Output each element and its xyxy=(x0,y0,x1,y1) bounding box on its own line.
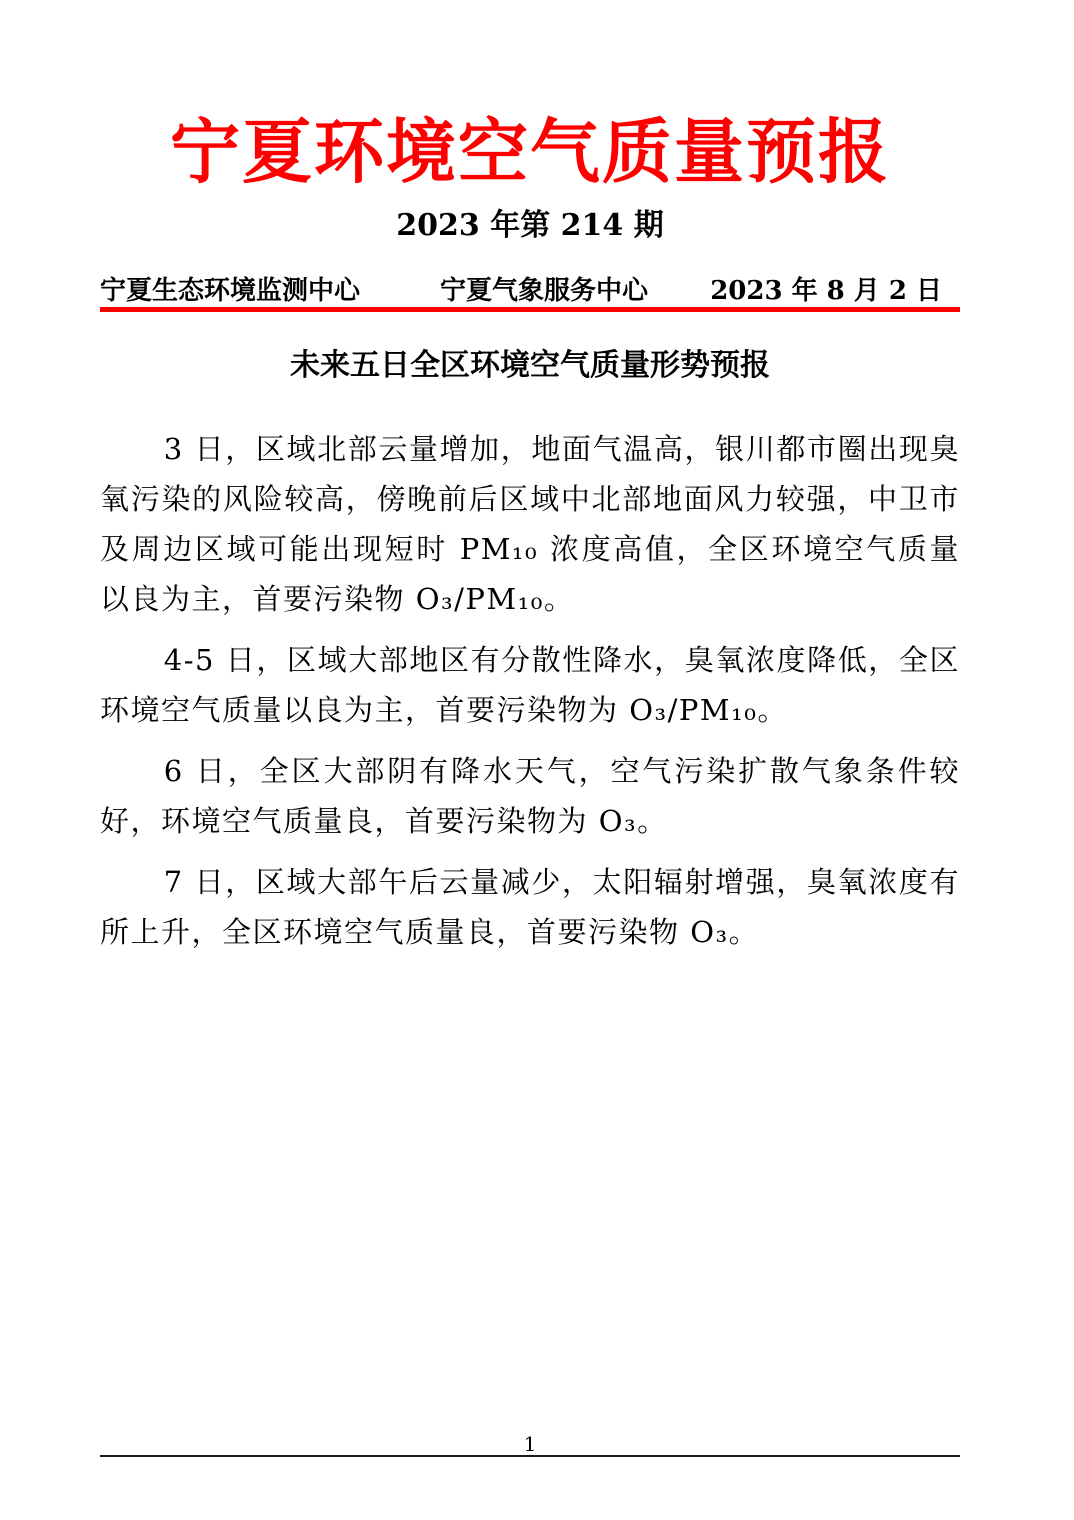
section-title: 未来五日全区环境空气质量形势预报 xyxy=(100,348,960,384)
forecast-paragraph-day7: 7 日，区域大部午后云量减少，太阳辐射增强，臭氧浓度有所上升，全区环境空气质量良… xyxy=(100,857,960,957)
forecast-body: 3 日，区域北部云量增加，地面气温高，银川都市圈出现臭氧污染的风险较高，傍晚前后… xyxy=(100,424,960,957)
forecast-paragraph-day6: 6 日，全区大部阴有降水天气，空气污染扩散气象条件较好，环境空气质量良，首要污染… xyxy=(100,746,960,846)
agency-name-center: 宁夏气象服务中心 xyxy=(440,270,648,307)
issue-date: 2023 年 8 月 2 日 xyxy=(710,270,942,307)
document-content: 宁夏环境空气质量预报 2023 年第 214 期 宁夏生态环境监测中心 宁夏气象… xyxy=(100,0,960,968)
issue-number: 2023 年第 214 期 xyxy=(100,208,960,244)
agency-name-left: 宁夏生态环境监测中心 xyxy=(100,270,360,307)
forecast-paragraph-day3: 3 日，区域北部云量增加，地面气温高，银川都市圈出现臭氧污染的风险较高，傍晚前后… xyxy=(100,424,960,624)
document-page: 宁夏环境空气质量预报 2023 年第 214 期 宁夏生态环境监测中心 宁夏气象… xyxy=(0,0,1074,1520)
page-number: 1 xyxy=(524,1433,537,1455)
header-divider-rule xyxy=(100,307,960,312)
forecast-paragraph-day4-5: 4-5 日，区域大部地区有分散性降水，臭氧浓度降低，全区环境空气质量以良为主，首… xyxy=(100,635,960,735)
page-footer: 1 xyxy=(100,1433,960,1457)
document-title: 宁夏环境空气质量预报 xyxy=(100,112,960,192)
agency-header-row: 宁夏生态环境监测中心 宁夏气象服务中心 2023 年 8 月 2 日 xyxy=(100,270,960,302)
